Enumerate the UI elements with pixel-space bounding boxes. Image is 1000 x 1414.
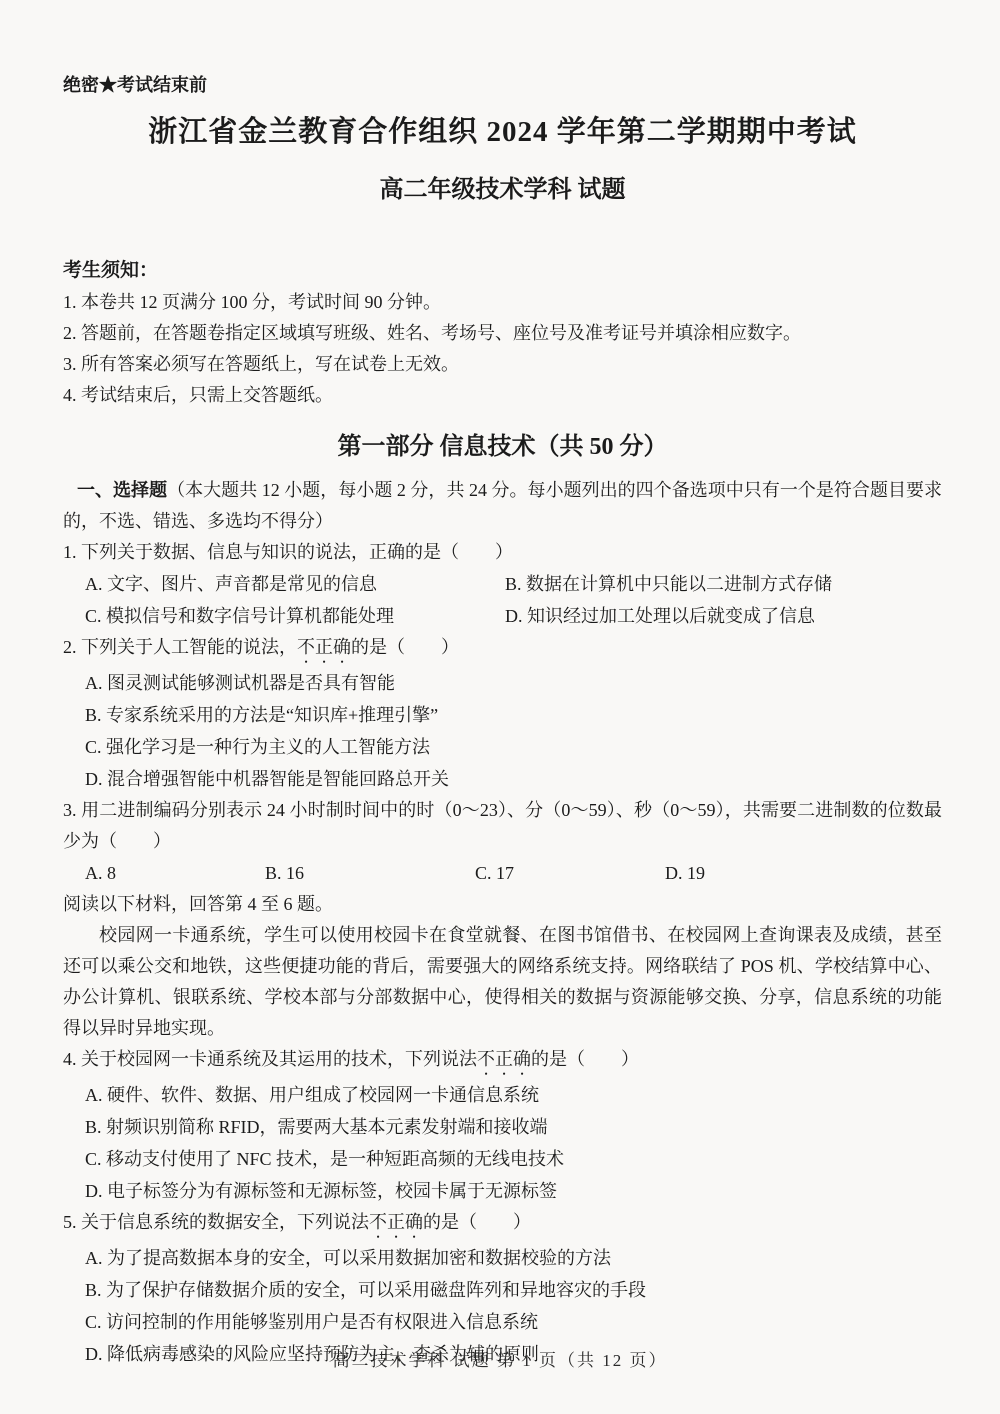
notice-item-4: 4. 考试结束后，只需上交答题纸。 <box>63 380 942 411</box>
question-2-stem-emphasis: 不正确 <box>297 637 351 657</box>
reading-material-paragraph: 校园网一卡通系统，学生可以使用校园卡在食堂就餐、在图书馆借书、在校园网上查询课表… <box>63 920 942 1044</box>
page-title: 浙江省金兰教育合作组织 2024 学年第二学期期中考试 <box>63 109 942 155</box>
question-4-stem: 4. 关于校园网一卡通系统及其运用的技术，下列说法不正确的是（ ） <box>63 1044 942 1079</box>
question-1-options-row-2: C. 模拟信号和数字信号计算机都能处理 D. 知识经过加工处理以后就变成了信息 <box>63 600 942 632</box>
question-4-option-d: D. 电子标签分为有源标签和无源标签，校园卡属于无源标签 <box>63 1175 942 1207</box>
question-5-option-a: A. 为了提高数据本身的安全，可以采用数据加密和数据校验的方法 <box>63 1242 942 1274</box>
question-3: 3. 用二进制编码分别表示 24 小时制时间中的时（0～23）、分（0～59）、… <box>63 795 942 889</box>
question-3-options-row: A. 8 B. 16 C. 17 D. 19 <box>63 857 942 889</box>
question-4-option-c: C. 移动支付使用了 NFC 技术，是一种短距高频的无线电技术 <box>63 1143 942 1175</box>
question-1-stem: 1. 下列关于数据、信息与知识的说法，正确的是（ ） <box>63 537 942 568</box>
question-1-option-c: C. 模拟信号和数字信号计算机都能处理 <box>85 600 505 632</box>
question-5-option-b: B. 为了保护存储数据介质的安全，可以采用磁盘阵列和异地容灾的手段 <box>63 1274 942 1306</box>
candidate-notice: 考生须知： 1. 本卷共 12 页满分 100 分，考试时间 90 分钟。 2.… <box>63 255 942 411</box>
notice-item-1: 1. 本卷共 12 页满分 100 分，考试时间 90 分钟。 <box>63 287 942 318</box>
multiple-choice-intro-label: 一、选择题 <box>77 480 167 500</box>
question-1-options-row-1: A. 文字、图片、声音都是常见的信息 B. 数据在计算机中只能以二进制方式存储 <box>63 568 942 600</box>
page-footer: 高二技术学科 试题 第 1 页（共 12 页） <box>0 1345 1000 1376</box>
question-3-option-c: C. 17 <box>475 857 665 889</box>
multiple-choice-intro-text: （本大题共 12 小题，每小题 2 分，共 24 分。每小题列出的四个备选项中只… <box>63 480 942 531</box>
question-5-stem-post: 的是（ ） <box>423 1212 531 1232</box>
question-1-option-a: A. 文字、图片、声音都是常见的信息 <box>85 568 505 600</box>
question-2-stem-post: 的是（ ） <box>351 637 459 657</box>
question-4-stem-emphasis: 不正确 <box>477 1049 531 1069</box>
question-3-option-b: B. 16 <box>265 857 475 889</box>
question-1-option-b: B. 数据在计算机中只能以二进制方式存储 <box>505 568 942 600</box>
question-3-option-d: D. 19 <box>665 857 942 889</box>
multiple-choice-intro: 一、选择题（本大题共 12 小题，每小题 2 分，共 24 分。每小题列出的四个… <box>63 475 942 537</box>
question-4-stem-pre: 4. 关于校园网一卡通系统及其运用的技术，下列说法 <box>63 1049 477 1069</box>
classification-banner: 绝密★考试结束前 <box>63 70 942 101</box>
question-2-stem: 2. 下列关于人工智能的说法，不正确的是（ ） <box>63 632 942 667</box>
question-2-option-a: A. 图灵测试能够测试机器是否具有智能 <box>63 667 942 699</box>
question-1: 1. 下列关于数据、信息与知识的说法，正确的是（ ） A. 文字、图片、声音都是… <box>63 537 942 632</box>
question-3-option-a: A. 8 <box>85 857 265 889</box>
question-2-stem-pre: 2. 下列关于人工智能的说法， <box>63 637 297 657</box>
reading-material-prompt: 阅读以下材料，回答第 4 至 6 题。 <box>63 889 942 920</box>
question-5-option-c: C. 访问控制的作用能够鉴别用户是否有权限进入信息系统 <box>63 1306 942 1338</box>
question-5-stem-pre: 5. 关于信息系统的数据安全，下列说法 <box>63 1212 369 1232</box>
question-2-option-c: C. 强化学习是一种行为主义的人工智能方法 <box>63 731 942 763</box>
exam-paper-page: 绝密★考试结束前 浙江省金兰教育合作组织 2024 学年第二学期期中考试 高二年… <box>0 0 1000 1414</box>
question-1-option-d: D. 知识经过加工处理以后就变成了信息 <box>505 600 942 632</box>
question-4: 4. 关于校园网一卡通系统及其运用的技术，下列说法不正确的是（ ） A. 硬件、… <box>63 1044 942 1207</box>
question-5-stem: 5. 关于信息系统的数据安全，下列说法不正确的是（ ） <box>63 1207 942 1242</box>
question-2-option-b: B. 专家系统采用的方法是“知识库+推理引擎” <box>63 699 942 731</box>
question-3-stem: 3. 用二进制编码分别表示 24 小时制时间中的时（0～23）、分（0～59）、… <box>63 795 942 857</box>
question-2: 2. 下列关于人工智能的说法，不正确的是（ ） A. 图灵测试能够测试机器是否具… <box>63 632 942 795</box>
page-subtitle: 高二年级技术学科 试题 <box>63 171 942 209</box>
question-2-option-d: D. 混合增强智能中机器智能是智能回路总开关 <box>63 763 942 795</box>
part1-heading: 第一部分 信息技术（共 50 分） <box>63 427 942 467</box>
question-5-stem-emphasis: 不正确 <box>369 1212 423 1232</box>
question-4-option-b: B. 射频识别简称 RFID，需要两大基本元素发射端和接收端 <box>63 1111 942 1143</box>
notice-item-2: 2. 答题前，在答题卷指定区域填写班级、姓名、考场号、座位号及准考证号并填涂相应… <box>63 318 942 349</box>
question-4-stem-post: 的是（ ） <box>531 1049 639 1069</box>
question-4-option-a: A. 硬件、软件、数据、用户组成了校园网一卡通信息系统 <box>63 1079 942 1111</box>
notice-item-3: 3. 所有答案必须写在答题纸上，写在试卷上无效。 <box>63 349 942 380</box>
notice-heading: 考生须知： <box>63 255 942 287</box>
